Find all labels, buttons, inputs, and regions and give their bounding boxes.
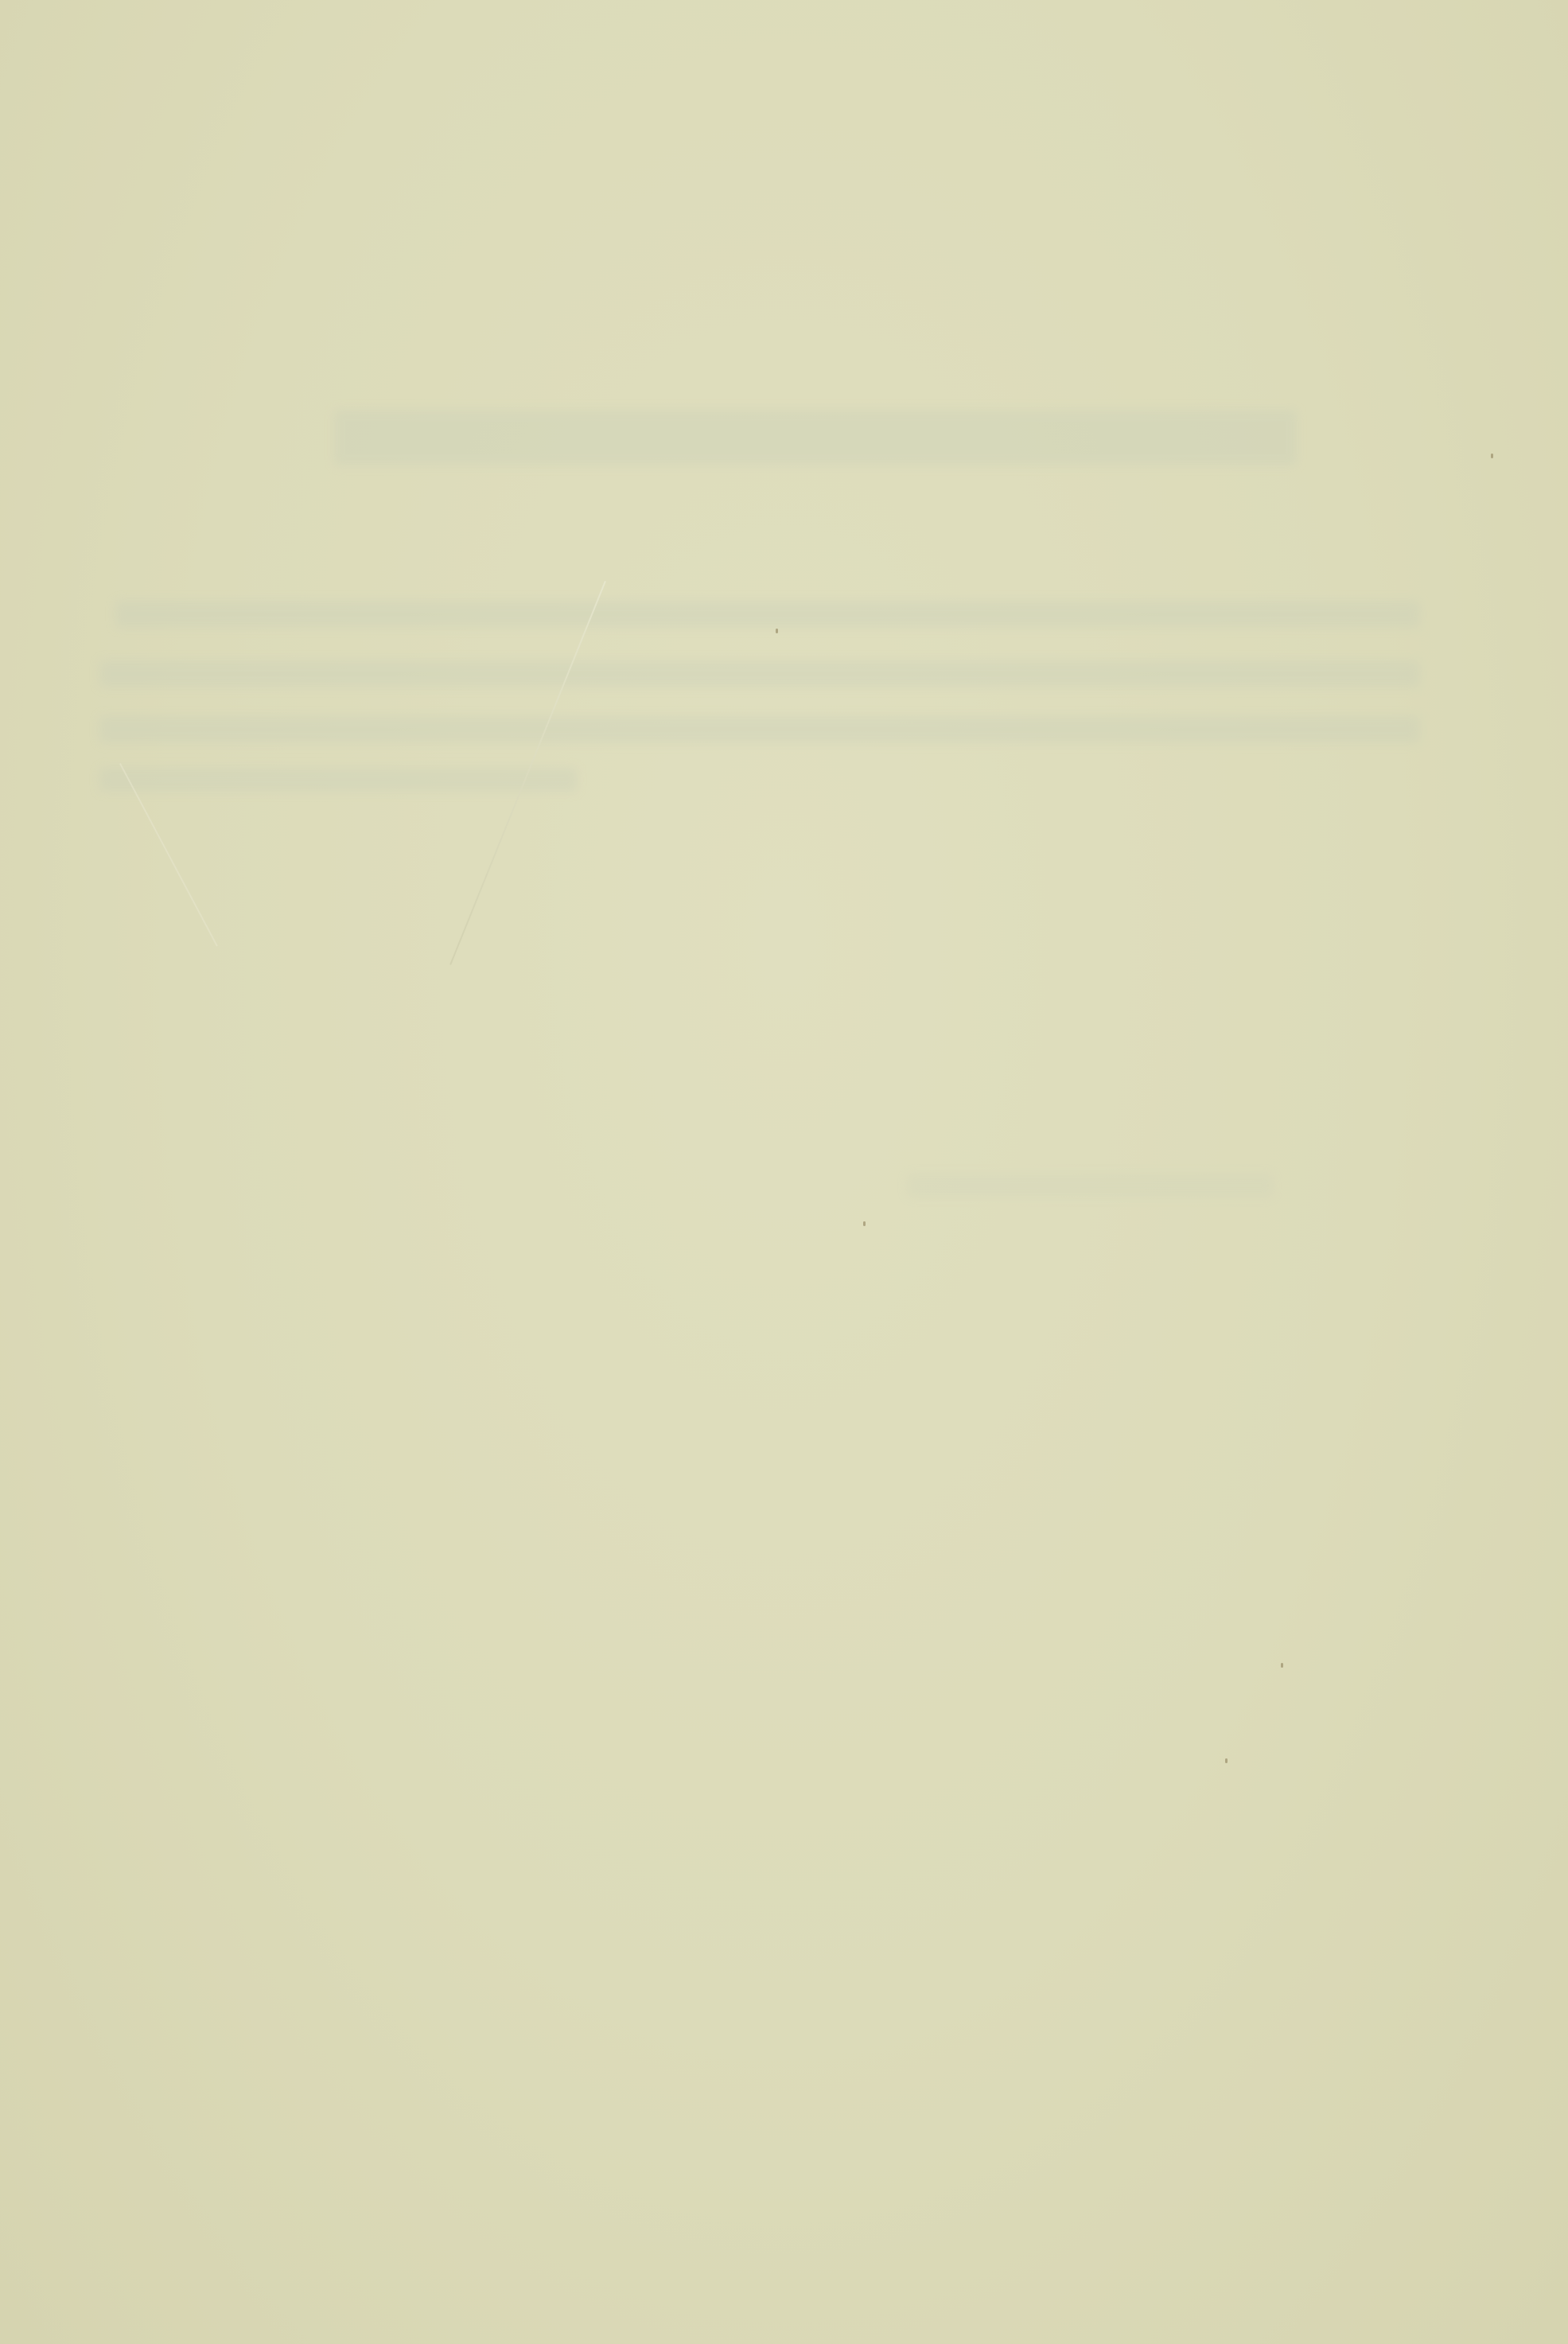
bleed-through-line-4 xyxy=(99,768,577,792)
bleed-through-signature xyxy=(907,1174,1273,1197)
bleed-through-line-2 xyxy=(99,660,1420,687)
blank-scanned-page xyxy=(0,0,1568,2344)
paper-speck xyxy=(863,1221,866,1226)
bleed-through-line-1 xyxy=(115,601,1420,628)
paper-speck xyxy=(1491,454,1493,458)
bleed-through-line-3 xyxy=(99,716,1420,743)
bleed-through-heading xyxy=(334,410,1297,465)
paper-speck xyxy=(776,629,778,633)
paper-speck xyxy=(1225,1758,1228,1763)
paper-speck xyxy=(1281,1663,1283,1668)
